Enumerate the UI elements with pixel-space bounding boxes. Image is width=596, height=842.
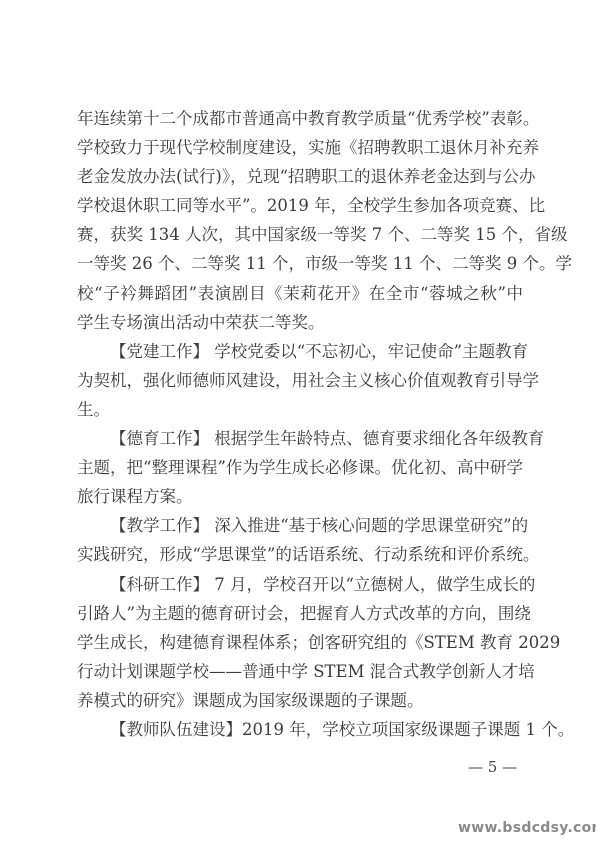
- text-line: 养模式的研究》课题成为国家级课题的子课题。: [77, 686, 523, 715]
- section-moral-education-first-line: 【德育工作】 根据学生年龄特点、德育要求细化各年级教育: [77, 424, 523, 453]
- section-teaching-first-line: 【教学工作】 深入推进“基于核心问题的学思课堂研究”的: [77, 511, 523, 540]
- section-party-building-first-line: 【党建工作】 学校党委以“不忘初心，牢记使命”主题教育: [77, 337, 523, 366]
- text-line: 年连续第十二个成都市普通高中教育教学质量“优秀学校”表彰。: [77, 104, 523, 133]
- text-line: 旅行课程方案。: [77, 482, 523, 511]
- text-line: 学生专场演出活动中荣获二等奖。: [77, 308, 523, 337]
- section-research-first-line: 【科研工作】 7 月，学校召开以“立德树人，做学生成长的: [77, 570, 523, 599]
- text-line: 生。: [77, 395, 523, 424]
- page-number: — 5 —: [468, 758, 517, 776]
- text-line: 校“子衿舞蹈团”表演剧目《茉莉花开》在全市“蓉城之秋”中: [77, 279, 523, 308]
- text-line: 老金发放办法(试行)》，兑现“招聘职工的退休养老金达到与公办: [77, 162, 523, 191]
- text-line: 行动计划课题学校——普通中学 STEM 混合式教学创新人才培: [77, 657, 523, 686]
- body-text: 年连续第十二个成都市普通高中教育教学质量“优秀学校”表彰。 学校致力于现代学校制…: [77, 104, 523, 744]
- text-line: 赛，获奖 134 人次，其中国家级一等奖 7 个、二等奖 15 个，省级: [77, 220, 523, 249]
- text-line: 一等奖 26 个、二等奖 11 个，市级一等奖 11 个、二等奖 9 个。学: [77, 249, 523, 278]
- watermark: www.bsdcdsy.com: [458, 820, 596, 836]
- section-teacher-team-first-line: 【教师队伍建设】2019 年，学校立项国家级课题子课题 1 个。: [77, 715, 523, 744]
- text-line: 学校致力于现代学校制度建设，实施《招聘教职工退休月补充养: [77, 133, 523, 162]
- text-line: 实践研究，形成“学思课堂”的话语系统、行动系统和评价系统。: [77, 540, 523, 569]
- text-line: 学生成长，构建德育课程体系；创客研究组的《STEM 教育 2029: [77, 628, 523, 657]
- text-line: 为契机，强化师德师风建设，用社会主义核心价值观教育引导学: [77, 366, 523, 395]
- text-line: 主题，把“整理课程”作为学生成长必修课。优化初、高中研学: [77, 453, 523, 482]
- text-line: 引路人”为主题的德育研讨会，把握育人方式改革的方向，围绕: [77, 599, 523, 628]
- document-page: 年连续第十二个成都市普通高中教育教学质量“优秀学校”表彰。 学校致力于现代学校制…: [0, 0, 596, 842]
- text-line: 学校退休职工同等水平”。2019 年，全校学生参加各项竞赛、比: [77, 191, 523, 220]
